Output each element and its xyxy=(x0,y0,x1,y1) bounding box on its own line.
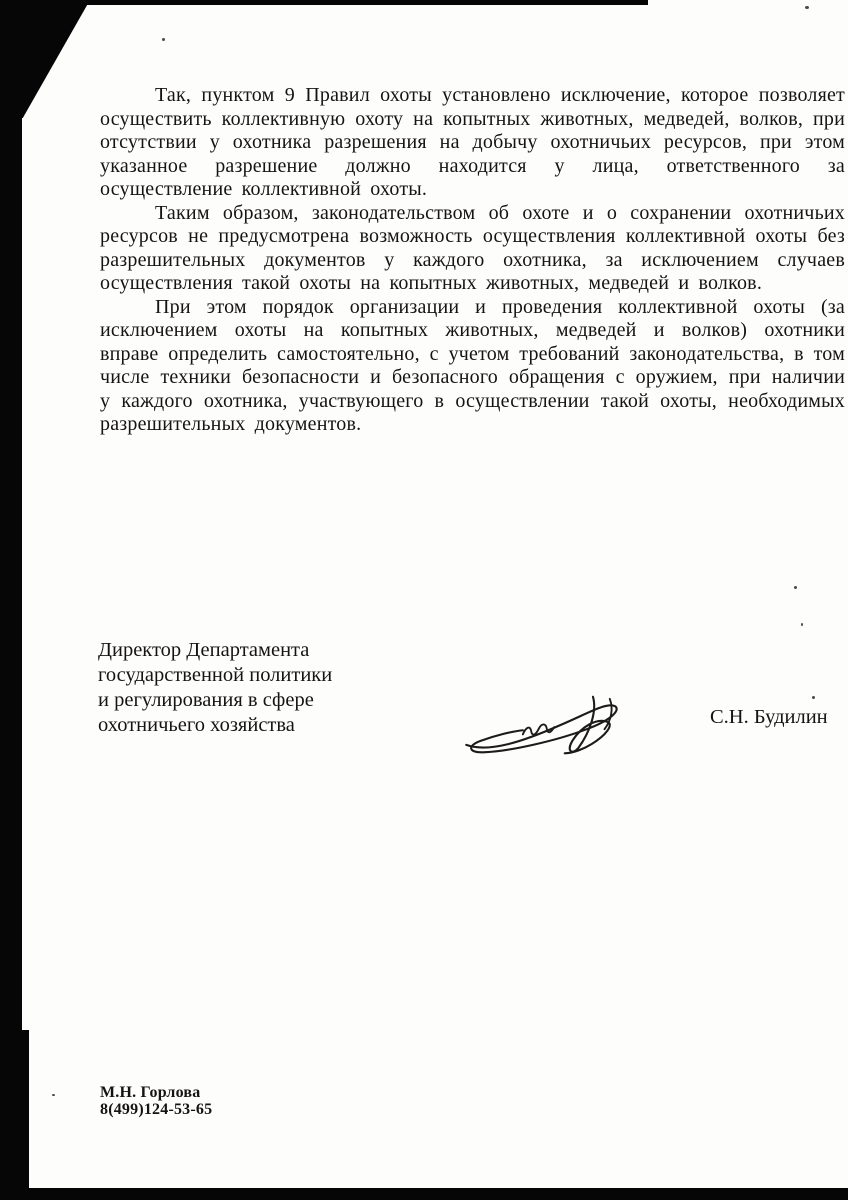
scan-speck xyxy=(801,623,803,626)
letter-body: Так, пунктом 9 Правил охоты установлено … xyxy=(100,84,845,437)
signoff-title-line-4: охотничьего хозяйства xyxy=(98,713,332,738)
signoff-title: Директор Департамента государственной по… xyxy=(98,638,332,738)
scan-speck xyxy=(162,38,165,41)
scan-border-top xyxy=(58,0,648,5)
executor-name: М.Н. Горлова xyxy=(100,1085,212,1102)
scan-speck xyxy=(52,1094,55,1096)
scan-speck xyxy=(812,696,815,699)
signoff-title-line-3: и регулирования в сфере xyxy=(98,688,332,713)
signoff-title-line-1: Директор Департамента xyxy=(98,638,332,663)
scan-speck xyxy=(794,586,797,589)
scan-border-bottom xyxy=(28,1188,848,1200)
scan-corner-top-left xyxy=(20,0,90,118)
scanned-document-page: Так, пунктом 9 Правил охоты установлено … xyxy=(0,0,848,1200)
executor-block: М.Н. Горлова 8(499)124-53-65 xyxy=(100,1085,212,1118)
signoff-title-line-2: государственной политики xyxy=(98,663,332,688)
scan-speck xyxy=(805,6,809,9)
handwritten-signature-icon xyxy=(460,692,638,758)
signer-name: С.Н. Будилин xyxy=(710,706,828,729)
body-paragraph-exception-rule: Так, пунктом 9 Правил охоты установлено … xyxy=(100,84,845,202)
scan-border-left-bottom xyxy=(0,1030,29,1200)
body-paragraph-conclusion: Таким образом, законодательством об охот… xyxy=(100,202,845,296)
scan-border-left xyxy=(0,0,22,1200)
body-paragraph-procedure: При этом порядок организации и проведени… xyxy=(100,296,845,437)
executor-phone: 8(499)124-53-65 xyxy=(100,1102,212,1119)
